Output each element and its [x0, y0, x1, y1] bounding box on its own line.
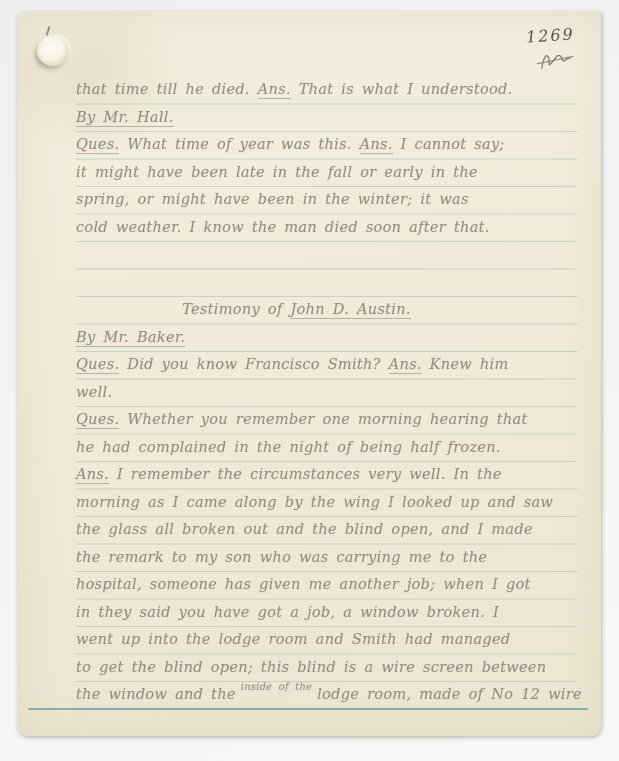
handwriting-line: in they said you have got a job, a windo…	[76, 600, 577, 628]
text-segment: the glass all broken out and the blind o…	[76, 522, 533, 538]
text-segment: in they said you have got a job, a windo…	[76, 605, 499, 621]
interlinear-insertion: inside of the	[241, 683, 312, 693]
text-segment: that time till he died.	[76, 82, 258, 98]
text-segment: Knew him	[422, 357, 509, 373]
text-segment: Ans.	[258, 82, 291, 99]
handwriting-line: Ans. I remember the circumstances very w…	[76, 462, 577, 490]
text-segment: Did you know Francisco Smith?	[119, 357, 388, 373]
text-segment: Ans.	[389, 357, 422, 374]
handwriting-line: the window and theinside of thelodge roo…	[76, 682, 577, 710]
handwriting-line: Ques. Whether you remember one morning h…	[76, 407, 577, 435]
handwriting-line: to get the blind open; this blind is a w…	[76, 655, 577, 683]
handwriting-line: the glass all broken out and the blind o…	[76, 517, 577, 545]
handwriting-line: hospital, someone has given me another j…	[76, 572, 577, 600]
handwriting-line: went up into the lodge room and Smith ha…	[76, 627, 577, 655]
text-segment: hospital, someone has given me another j…	[76, 577, 531, 593]
handwriting-line: cold weather. I know the man died soon a…	[76, 215, 577, 243]
handwriting-line: morning as I came along by the wing I lo…	[76, 490, 577, 518]
text-segment: morning as I came along by the wing I lo…	[76, 495, 553, 511]
text-segment: lodge room, made of No 12 wire	[317, 687, 582, 703]
text-segment: Ques.	[76, 412, 119, 429]
handwriting-line: spring, or might have been in the winter…	[76, 187, 577, 215]
handwriting-line: well.	[76, 380, 577, 408]
text-segment: Testimony of	[182, 302, 290, 318]
text-segment: cold weather. I know the man died soon a…	[76, 220, 490, 236]
handwriting-line: the remark to my son who was carrying me…	[76, 545, 577, 573]
handwriting-line: By Mr. Baker.	[76, 325, 577, 353]
text-segment: By Mr. Hall.	[76, 110, 174, 127]
text-segment: By Mr. Baker.	[76, 330, 185, 347]
handwriting-line: Ques. Did you know Francisco Smith? Ans.…	[76, 352, 577, 380]
handwriting-line: Ques. What time of year was this. Ans. I…	[76, 132, 577, 160]
handwriting-line: By Mr. Hall.	[76, 105, 577, 133]
text-segment: Whether you remember one morning hearing…	[119, 412, 527, 428]
text-segment: That is what I understood.	[291, 82, 513, 98]
text-segment: spring, or might have been in the winter…	[76, 192, 469, 208]
text-segment: What time of year was this.	[119, 137, 359, 153]
text-segment: I remember the circumstances very well. …	[109, 467, 502, 483]
handwriting-line: he had complained in the night of being …	[76, 435, 577, 463]
handwriting-lines: that time till he died. Ans. That is wha…	[18, 12, 601, 710]
text-segment: well.	[76, 385, 112, 401]
text-segment: the window and the	[76, 687, 236, 703]
handwriting-line: that time till he died. Ans. That is wha…	[76, 77, 577, 105]
handwriting-line: Testimony of John D. Austin.	[76, 297, 577, 325]
text-segment: Ques.	[76, 357, 119, 374]
paper-sheet: 1269 that time till he died. Ans. That i…	[18, 12, 601, 736]
scan-background: 1269 that time till he died. Ans. That i…	[0, 0, 619, 761]
text-segment: it might have been late in the fall or e…	[76, 165, 478, 181]
text-segment: Ans.	[76, 467, 109, 484]
handwriting-line	[76, 270, 577, 298]
text-segment: I cannot say;	[393, 137, 505, 153]
text-segment: Ques.	[76, 137, 119, 154]
text-segment: Ans.	[360, 137, 393, 154]
text-segment: John D. Austin.	[290, 302, 410, 319]
handwriting-line	[76, 242, 577, 270]
text-segment: to get the blind open; this blind is a w…	[76, 660, 546, 676]
text-segment: he had complained in the night of being …	[76, 440, 501, 456]
text-segment: the remark to my son who was carrying me…	[76, 550, 487, 566]
text-segment: went up into the lodge room and Smith ha…	[76, 632, 510, 648]
handwriting-line: it might have been late in the fall or e…	[76, 160, 577, 188]
bottom-ruled-line	[28, 708, 588, 710]
